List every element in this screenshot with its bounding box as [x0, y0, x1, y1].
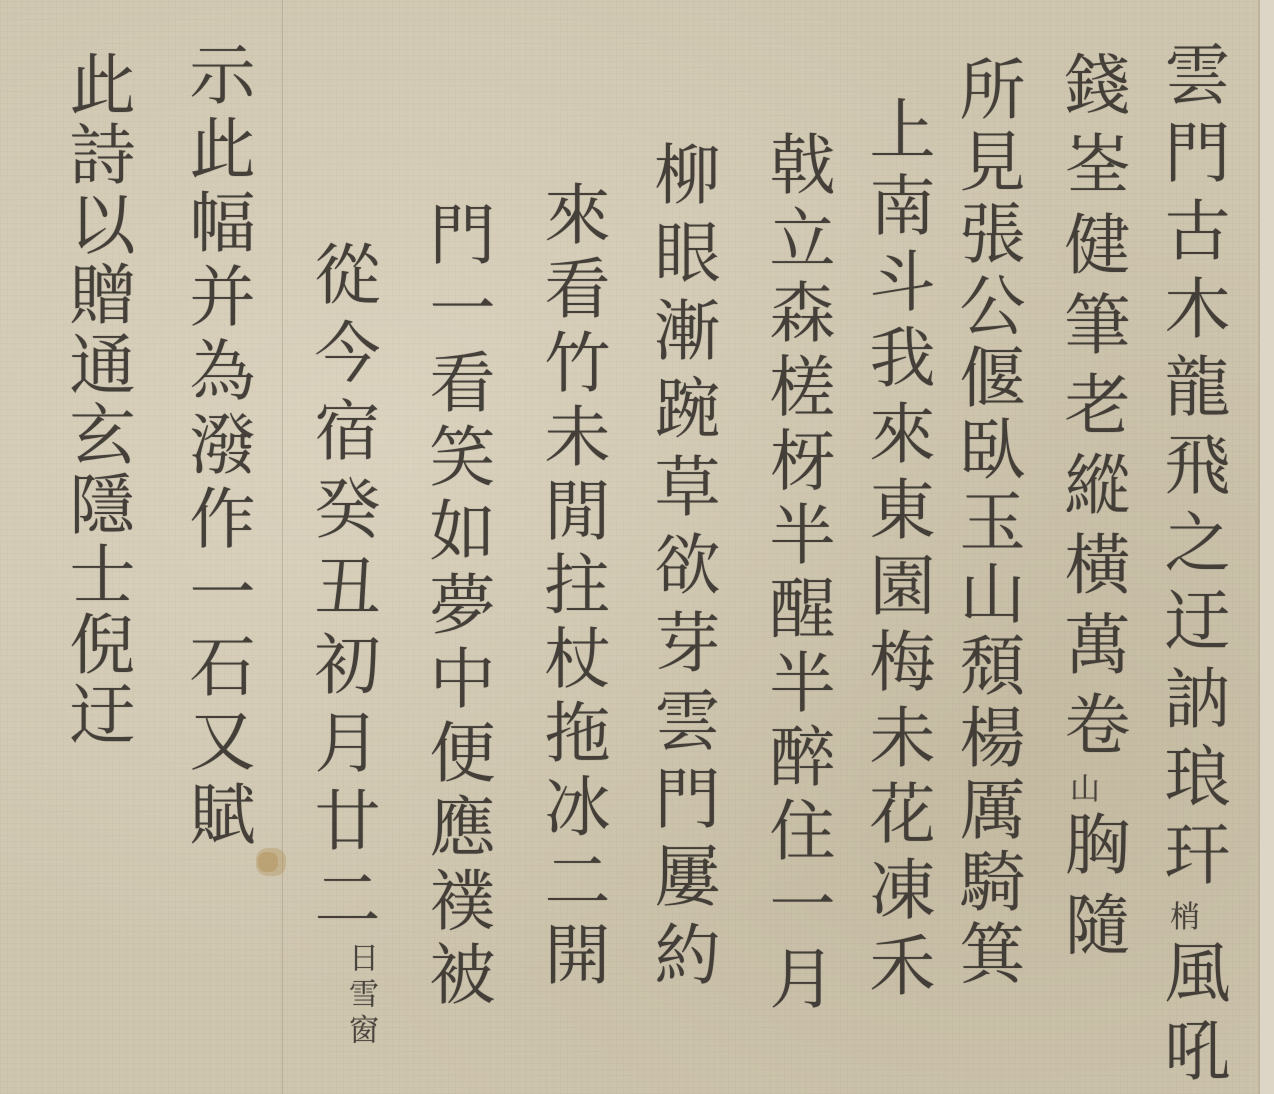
column-text: 雲門古木龍飛之迂訥琅玕 [1140, 40, 1230, 898]
column-text: 示此幅并為潑作一石又賦 [165, 40, 255, 854]
text-column-10: 示此幅并為潑作一石又賦 [165, 40, 255, 854]
column-text: 戟立森槎枒半醒半醉住一月 [745, 130, 835, 1018]
column-text: 錢峑健筆老縱橫萬卷 [1040, 50, 1130, 770]
text-column-8: 門一看笑如夢中便應襆被 [405, 200, 495, 1014]
text-column-6: 柳眼漸踠草欲芽雲門屢約 [630, 140, 720, 998]
text-column-1: 雲門古木龍飛之迂訥琅玕 梢 風吼 [1140, 40, 1230, 1094]
column-text-tail: 風吼 [1140, 938, 1230, 1094]
column-text: 門一看笑如夢中便應襆被 [405, 200, 495, 1014]
date-note: 日雪窗 [290, 942, 380, 1050]
column-text: 柳眼漸踠草欲芽雲門屢約 [630, 140, 720, 998]
mount-border [1258, 0, 1274, 1094]
text-column-3: 所見張公偃臥玉山頹楊厲騎箕 [935, 55, 1025, 991]
column-text: 上南斗我來東園梅未花凍禾 [845, 95, 935, 1007]
column-text: 來看竹未閒拄杖拖冰二開 [520, 180, 610, 994]
paper-stain [258, 852, 278, 872]
text-column-5: 戟立森槎枒半醒半醉住一月 [745, 130, 835, 1018]
text-column-11: 此詩以贈通玄隱士倪迂 [45, 50, 135, 750]
text-column-9: 從今宿癸丑初月廿二 日雪窗 [290, 240, 380, 1050]
text-column-4: 上南斗我來東園梅未花凍禾 [845, 95, 935, 1007]
text-column-2: 錢峑健筆老縱橫萬卷 山 胸隨 [1040, 50, 1130, 970]
paper-fold-line [282, 0, 283, 1094]
column-text: 從今宿癸丑初月廿二 [290, 240, 380, 942]
text-column-7: 來看竹未閒拄杖拖冰二開 [520, 180, 610, 994]
interlinear-note: 梢 [1140, 898, 1230, 938]
column-text: 所見張公偃臥玉山頹楊厲騎箕 [935, 55, 1025, 991]
interlinear-note: 山 [1040, 770, 1130, 810]
column-text-tail: 胸隨 [1040, 810, 1130, 970]
column-text: 此詩以贈通玄隱士倪迂 [45, 50, 135, 750]
